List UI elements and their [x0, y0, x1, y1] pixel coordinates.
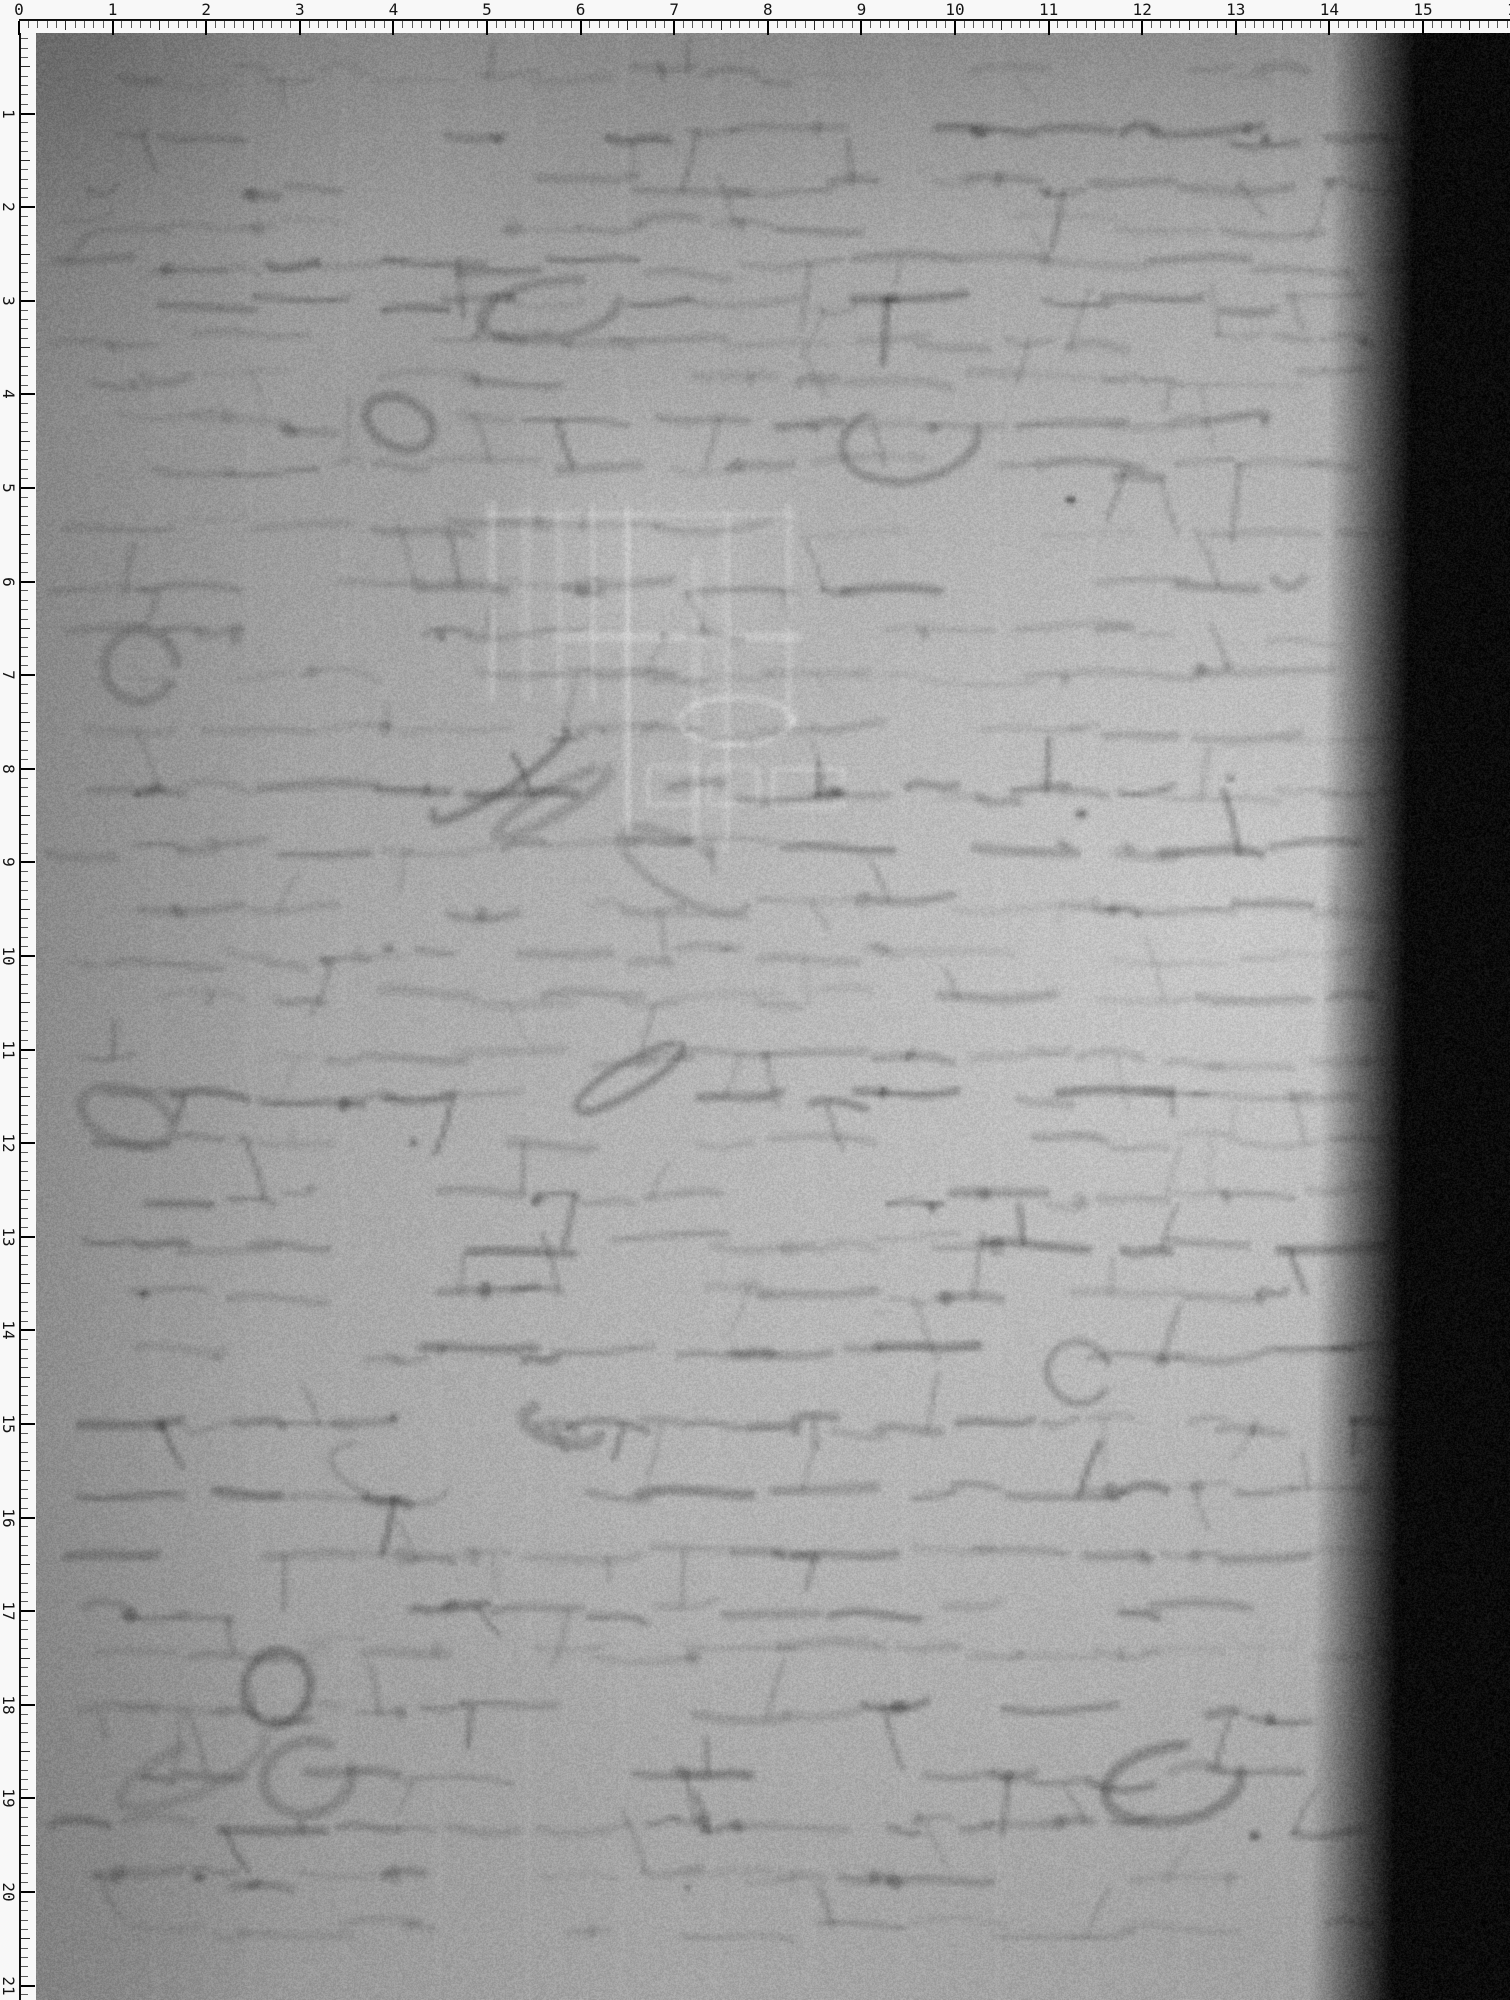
- top-ruler-cm-scale: 012345678910111213141516: [0, 0, 1510, 33]
- mm-tick: [21, 1321, 28, 1322]
- mm-tick: [21, 1377, 30, 1378]
- mm-tick: [21, 104, 28, 105]
- mm-tick: [21, 1452, 28, 1453]
- mm-tick: [56, 21, 57, 28]
- mm-tick: [168, 21, 169, 28]
- cm-tick: [21, 487, 35, 489]
- mm-tick: [1123, 21, 1124, 28]
- mm-tick: [21, 57, 28, 58]
- mm-tick: [1217, 21, 1218, 28]
- mm-tick: [1507, 21, 1508, 28]
- mm-tick: [21, 328, 28, 329]
- top-ruler-number: 4: [389, 1, 399, 18]
- mm-tick: [552, 21, 553, 28]
- mm-tick: [21, 1077, 28, 1078]
- mm-tick: [21, 647, 28, 648]
- mm-tick: [1263, 21, 1264, 28]
- mm-tick: [21, 1133, 28, 1134]
- mm-tick: [21, 1489, 28, 1490]
- left-ruler-number: 2: [0, 202, 16, 212]
- cm-tick: [21, 861, 35, 863]
- manuscript-photo: [36, 33, 1510, 2000]
- mm-tick: [318, 21, 319, 28]
- mm-tick: [852, 21, 853, 28]
- mm-tick: [196, 21, 197, 28]
- mm-tick: [1469, 21, 1470, 30]
- mm-tick: [1067, 21, 1068, 28]
- mm-tick: [309, 21, 310, 28]
- mm-tick: [21, 319, 28, 320]
- mm-tick: [21, 516, 28, 517]
- mm-tick: [290, 21, 291, 28]
- cm-tick: [21, 1797, 35, 1799]
- mm-tick: [21, 403, 28, 404]
- mm-tick: [21, 1929, 28, 1930]
- mm-tick: [599, 21, 600, 28]
- cm-tick: [21, 1891, 35, 1893]
- mm-tick: [21, 1751, 30, 1752]
- left-ruler-number: 5: [0, 483, 16, 493]
- mm-tick: [21, 1190, 30, 1191]
- mm-tick: [880, 21, 881, 28]
- mm-tick: [440, 21, 441, 30]
- mm-tick: [21, 1526, 28, 1527]
- mm-tick: [1441, 21, 1442, 28]
- mm-tick: [21, 1789, 28, 1790]
- mm-tick: [833, 21, 834, 28]
- top-ruler-number: 12: [1133, 1, 1152, 18]
- mm-tick: [21, 478, 28, 479]
- cm-tick: [112, 21, 114, 35]
- mm-tick: [47, 21, 48, 28]
- mm-tick: [21, 1358, 28, 1359]
- mm-tick: [21, 1863, 28, 1864]
- mm-tick: [21, 899, 28, 900]
- left-ruler-number: 8: [0, 764, 16, 774]
- mm-tick: [21, 1760, 28, 1761]
- mm-tick: [21, 385, 28, 386]
- mm-tick: [1170, 21, 1171, 28]
- mm-tick: [21, 1732, 28, 1733]
- mm-tick: [1413, 21, 1414, 28]
- mm-tick: [21, 806, 28, 807]
- mm-tick: [1039, 21, 1040, 28]
- mm-tick: [21, 1021, 28, 1022]
- mm-tick: [150, 21, 151, 28]
- mm-tick: [1011, 21, 1012, 28]
- mm-tick: [21, 1667, 28, 1668]
- mm-tick: [21, 1255, 28, 1256]
- mm-tick: [21, 1292, 28, 1293]
- mm-tick: [21, 1854, 28, 1855]
- left-ruler-number: 4: [0, 390, 16, 400]
- mm-tick: [646, 21, 647, 28]
- cm-tick: [21, 1236, 35, 1238]
- mm-tick: [1497, 21, 1498, 28]
- mm-tick: [21, 1676, 28, 1677]
- mm-tick: [926, 21, 927, 28]
- mm-tick: [21, 1405, 28, 1406]
- mm-tick: [21, 1105, 28, 1106]
- mm-tick: [21, 1115, 28, 1116]
- mm-tick: [1404, 21, 1405, 28]
- cm-tick: [1328, 21, 1330, 35]
- mm-tick: [421, 21, 422, 28]
- mm-tick: [215, 21, 216, 28]
- mm-tick: [21, 1910, 28, 1911]
- mm-tick: [21, 1040, 28, 1041]
- mm-tick: [21, 1695, 28, 1696]
- mm-tick: [21, 94, 28, 95]
- mm-tick: [384, 21, 385, 28]
- cm-tick: [1422, 21, 1424, 35]
- mm-tick: [21, 1545, 28, 1546]
- cm-tick: [486, 21, 488, 35]
- mm-tick: [618, 21, 619, 28]
- left-ruler-number: 17: [0, 1602, 16, 1621]
- mm-tick: [543, 21, 544, 28]
- mm-tick: [21, 1030, 28, 1031]
- mm-tick: [21, 974, 28, 975]
- mm-tick: [21, 151, 28, 152]
- mm-tick: [337, 21, 338, 28]
- cm-tick: [205, 21, 207, 35]
- mm-tick: [21, 132, 28, 133]
- mm-tick: [21, 413, 28, 414]
- mm-tick: [21, 890, 28, 891]
- mm-tick: [908, 21, 909, 30]
- mm-tick: [21, 1264, 28, 1265]
- top-ruler-number: 7: [669, 1, 679, 18]
- mm-tick: [253, 21, 254, 30]
- mm-tick: [224, 21, 225, 28]
- mm-tick: [21, 1845, 30, 1846]
- mm-tick: [21, 1826, 28, 1827]
- mm-tick: [21, 282, 28, 283]
- mm-tick: [21, 1957, 28, 1958]
- mm-tick: [21, 815, 30, 816]
- mm-tick: [21, 937, 28, 938]
- mm-tick: [430, 21, 431, 28]
- mm-tick: [21, 1536, 28, 1537]
- mm-tick: [21, 216, 28, 217]
- mm-tick: [21, 76, 28, 77]
- mm-tick: [412, 21, 413, 28]
- mm-tick: [1273, 21, 1274, 28]
- mm-tick: [131, 21, 132, 28]
- mm-tick: [21, 946, 28, 947]
- cm-tick: [21, 1423, 35, 1425]
- mm-tick: [21, 824, 28, 825]
- mm-tick: [21, 366, 28, 367]
- mm-tick: [1057, 21, 1058, 28]
- mm-tick: [1460, 21, 1461, 28]
- mm-tick: [21, 1508, 28, 1509]
- mm-tick: [281, 21, 282, 28]
- mm-tick: [21, 909, 30, 910]
- left-ruler-number: 1: [0, 109, 16, 119]
- top-ruler-number: 2: [201, 1, 211, 18]
- top-ruler-number: 9: [857, 1, 867, 18]
- mm-tick: [21, 469, 28, 470]
- left-ruler-number: 15: [0, 1414, 16, 1433]
- mm-tick: [21, 225, 28, 226]
- cm-tick: [673, 21, 675, 35]
- mm-tick: [21, 1087, 28, 1088]
- top-ruler-number: 6: [576, 1, 586, 18]
- mm-tick: [21, 197, 28, 198]
- mm-tick: [121, 21, 122, 28]
- mm-tick: [187, 21, 188, 28]
- mm-tick: [889, 21, 890, 28]
- mm-tick: [21, 1227, 28, 1228]
- mm-tick: [21, 759, 28, 760]
- left-ruler-number: 12: [0, 1134, 16, 1153]
- mm-tick: [21, 1311, 28, 1312]
- mm-tick: [21, 740, 28, 741]
- cm-tick: [21, 1049, 35, 1051]
- mm-tick: [1310, 21, 1311, 28]
- mm-tick: [636, 21, 637, 28]
- mm-tick: [21, 1480, 28, 1481]
- mm-tick: [1432, 21, 1433, 28]
- mm-tick: [21, 619, 28, 620]
- cm-tick: [1141, 21, 1143, 35]
- mm-tick: [21, 1414, 28, 1415]
- mm-tick: [21, 1770, 28, 1771]
- mm-tick: [627, 21, 628, 30]
- mm-tick: [21, 1461, 28, 1462]
- cm-tick: [21, 1985, 35, 1987]
- mm-tick: [21, 572, 28, 573]
- mm-tick: [21, 637, 28, 638]
- mm-tick: [1320, 21, 1321, 28]
- left-ruler-number: 9: [0, 858, 16, 868]
- cm-tick: [954, 21, 956, 35]
- mm-tick: [21, 693, 28, 694]
- cm-tick: [860, 21, 862, 35]
- mm-tick: [1301, 21, 1302, 28]
- mm-tick: [21, 1714, 28, 1715]
- mm-tick: [1488, 21, 1489, 28]
- mm-tick: [21, 562, 28, 563]
- mm-tick: [75, 21, 76, 28]
- mm-tick: [21, 1648, 28, 1649]
- mm-tick: [1385, 21, 1386, 28]
- left-ruler-number: 7: [0, 670, 16, 680]
- mm-tick: [21, 1498, 28, 1499]
- mm-tick: [936, 21, 937, 28]
- mm-tick: [21, 1873, 28, 1874]
- mm-tick: [21, 1779, 28, 1780]
- top-ruler-number: 10: [945, 1, 964, 18]
- mm-tick: [777, 21, 778, 28]
- cm-tick: [21, 393, 35, 395]
- mm-tick: [21, 1658, 30, 1659]
- mm-tick: [21, 1367, 28, 1368]
- mm-tick: [21, 712, 28, 713]
- mm-tick: [683, 21, 684, 28]
- mm-tick: [1479, 21, 1480, 28]
- mm-tick: [21, 1058, 28, 1059]
- mm-tick: [346, 21, 347, 30]
- cm-tick: [21, 1610, 35, 1612]
- mm-tick: [21, 263, 28, 264]
- mm-tick: [159, 21, 160, 30]
- left-ruler-number: 3: [0, 296, 16, 306]
- mm-tick: [1207, 21, 1208, 28]
- mm-tick: [1366, 21, 1367, 28]
- mm-tick: [65, 21, 66, 30]
- mm-tick: [589, 21, 590, 28]
- left-ruler-cm-scale: 123456789101112131415161718192021: [0, 0, 36, 2000]
- mm-tick: [21, 375, 28, 376]
- mm-tick: [692, 21, 693, 28]
- mm-tick: [21, 244, 28, 245]
- mm-tick: [21, 141, 28, 142]
- mm-tick: [21, 338, 28, 339]
- mm-tick: [21, 1639, 28, 1640]
- cm-tick: [580, 21, 582, 35]
- mm-tick: [21, 1723, 28, 1724]
- mm-tick: [178, 21, 179, 28]
- mm-tick: [21, 1096, 30, 1097]
- mm-tick: [21, 1180, 28, 1181]
- mm-tick: [327, 21, 328, 28]
- mm-tick: [262, 21, 263, 28]
- mm-tick: [21, 1395, 28, 1396]
- mm-tick: [964, 21, 965, 28]
- mm-tick: [21, 796, 28, 797]
- mm-tick: [1001, 21, 1002, 30]
- mm-tick: [21, 1807, 28, 1808]
- mm-tick: [842, 21, 843, 28]
- mm-tick: [1020, 21, 1021, 28]
- mm-tick: [21, 179, 28, 180]
- top-ruler-number: 5: [482, 1, 492, 18]
- mm-tick: [655, 21, 656, 28]
- left-ruler-number: 16: [0, 1508, 16, 1527]
- mm-tick: [21, 272, 28, 273]
- mm-tick: [505, 21, 506, 28]
- mm-tick: [21, 834, 28, 835]
- left-ruler-number: 6: [0, 577, 16, 587]
- mm-tick: [1451, 21, 1452, 28]
- mm-tick: [21, 291, 28, 292]
- mm-tick: [21, 534, 30, 535]
- left-ruler-number: 10: [0, 946, 16, 965]
- mm-tick: [730, 21, 731, 28]
- mm-tick: [21, 1629, 28, 1630]
- mm-tick: [21, 254, 30, 255]
- mm-tick: [21, 1339, 28, 1340]
- mm-tick: [21, 1002, 30, 1003]
- mm-tick: [786, 21, 787, 28]
- mm-tick: [870, 21, 871, 28]
- mm-tick: [814, 21, 815, 30]
- mm-tick: [21, 1386, 28, 1387]
- mm-tick: [1076, 21, 1077, 28]
- mm-tick: [21, 918, 28, 919]
- mm-tick: [739, 21, 740, 28]
- top-ruler-number: 8: [763, 1, 773, 18]
- cm-tick: [21, 768, 35, 770]
- mm-tick: [21, 731, 28, 732]
- mm-tick: [1086, 21, 1087, 28]
- cm-tick: [21, 674, 35, 676]
- cm-tick: [21, 1517, 35, 1519]
- mm-tick: [21, 881, 28, 882]
- mm-tick: [1245, 21, 1246, 28]
- mm-tick: [21, 422, 28, 423]
- mm-tick: [21, 750, 28, 751]
- mm-tick: [805, 21, 806, 28]
- mm-tick: [1160, 21, 1161, 28]
- left-ruler-number: 13: [0, 1227, 16, 1246]
- mm-tick: [21, 993, 28, 994]
- mm-tick: [468, 21, 469, 28]
- mm-tick: [21, 1012, 28, 1013]
- mm-tick: [234, 21, 235, 28]
- left-ruler-number: 18: [0, 1695, 16, 1714]
- mm-tick: [1114, 21, 1115, 28]
- mm-tick: [21, 525, 28, 526]
- mm-tick: [823, 21, 824, 28]
- mm-tick: [21, 1994, 28, 1995]
- mm-tick: [561, 21, 562, 28]
- mm-tick: [21, 1442, 28, 1443]
- mm-tick: [21, 1920, 28, 1921]
- mm-tick: [21, 1938, 30, 1939]
- mm-tick: [1254, 21, 1255, 28]
- mm-tick: [721, 21, 722, 30]
- mm-tick: [21, 169, 28, 170]
- mm-tick: [749, 21, 750, 28]
- mm-tick: [21, 600, 28, 601]
- mm-tick: [21, 1171, 28, 1172]
- mm-tick: [1226, 21, 1227, 28]
- mm-tick: [702, 21, 703, 28]
- mm-tick: [21, 1573, 28, 1574]
- mm-tick: [21, 1564, 30, 1565]
- mm-tick: [758, 21, 759, 28]
- cm-tick: [18, 21, 20, 35]
- mm-tick: [21, 703, 28, 704]
- mm-tick: [365, 21, 366, 28]
- mm-tick: [140, 21, 141, 28]
- cm-tick: [21, 955, 35, 957]
- mm-tick: [21, 1976, 28, 1977]
- mm-tick: [21, 1218, 28, 1219]
- cm-tick: [1048, 21, 1050, 35]
- mm-tick: [1179, 21, 1180, 28]
- mm-tick: [664, 21, 665, 28]
- mm-tick: [1338, 21, 1339, 28]
- mm-tick: [608, 21, 609, 28]
- cm-tick: [21, 1142, 35, 1144]
- mm-tick: [21, 553, 28, 554]
- mm-tick: [21, 722, 30, 723]
- mm-tick: [21, 1199, 28, 1200]
- mm-tick: [515, 21, 516, 28]
- mm-tick: [1132, 21, 1133, 28]
- mm-tick: [21, 431, 28, 432]
- mm-tick: [21, 965, 28, 966]
- mm-tick: [21, 665, 28, 666]
- mm-tick: [21, 497, 28, 498]
- mm-tick: [795, 21, 796, 28]
- mm-tick: [21, 1948, 28, 1949]
